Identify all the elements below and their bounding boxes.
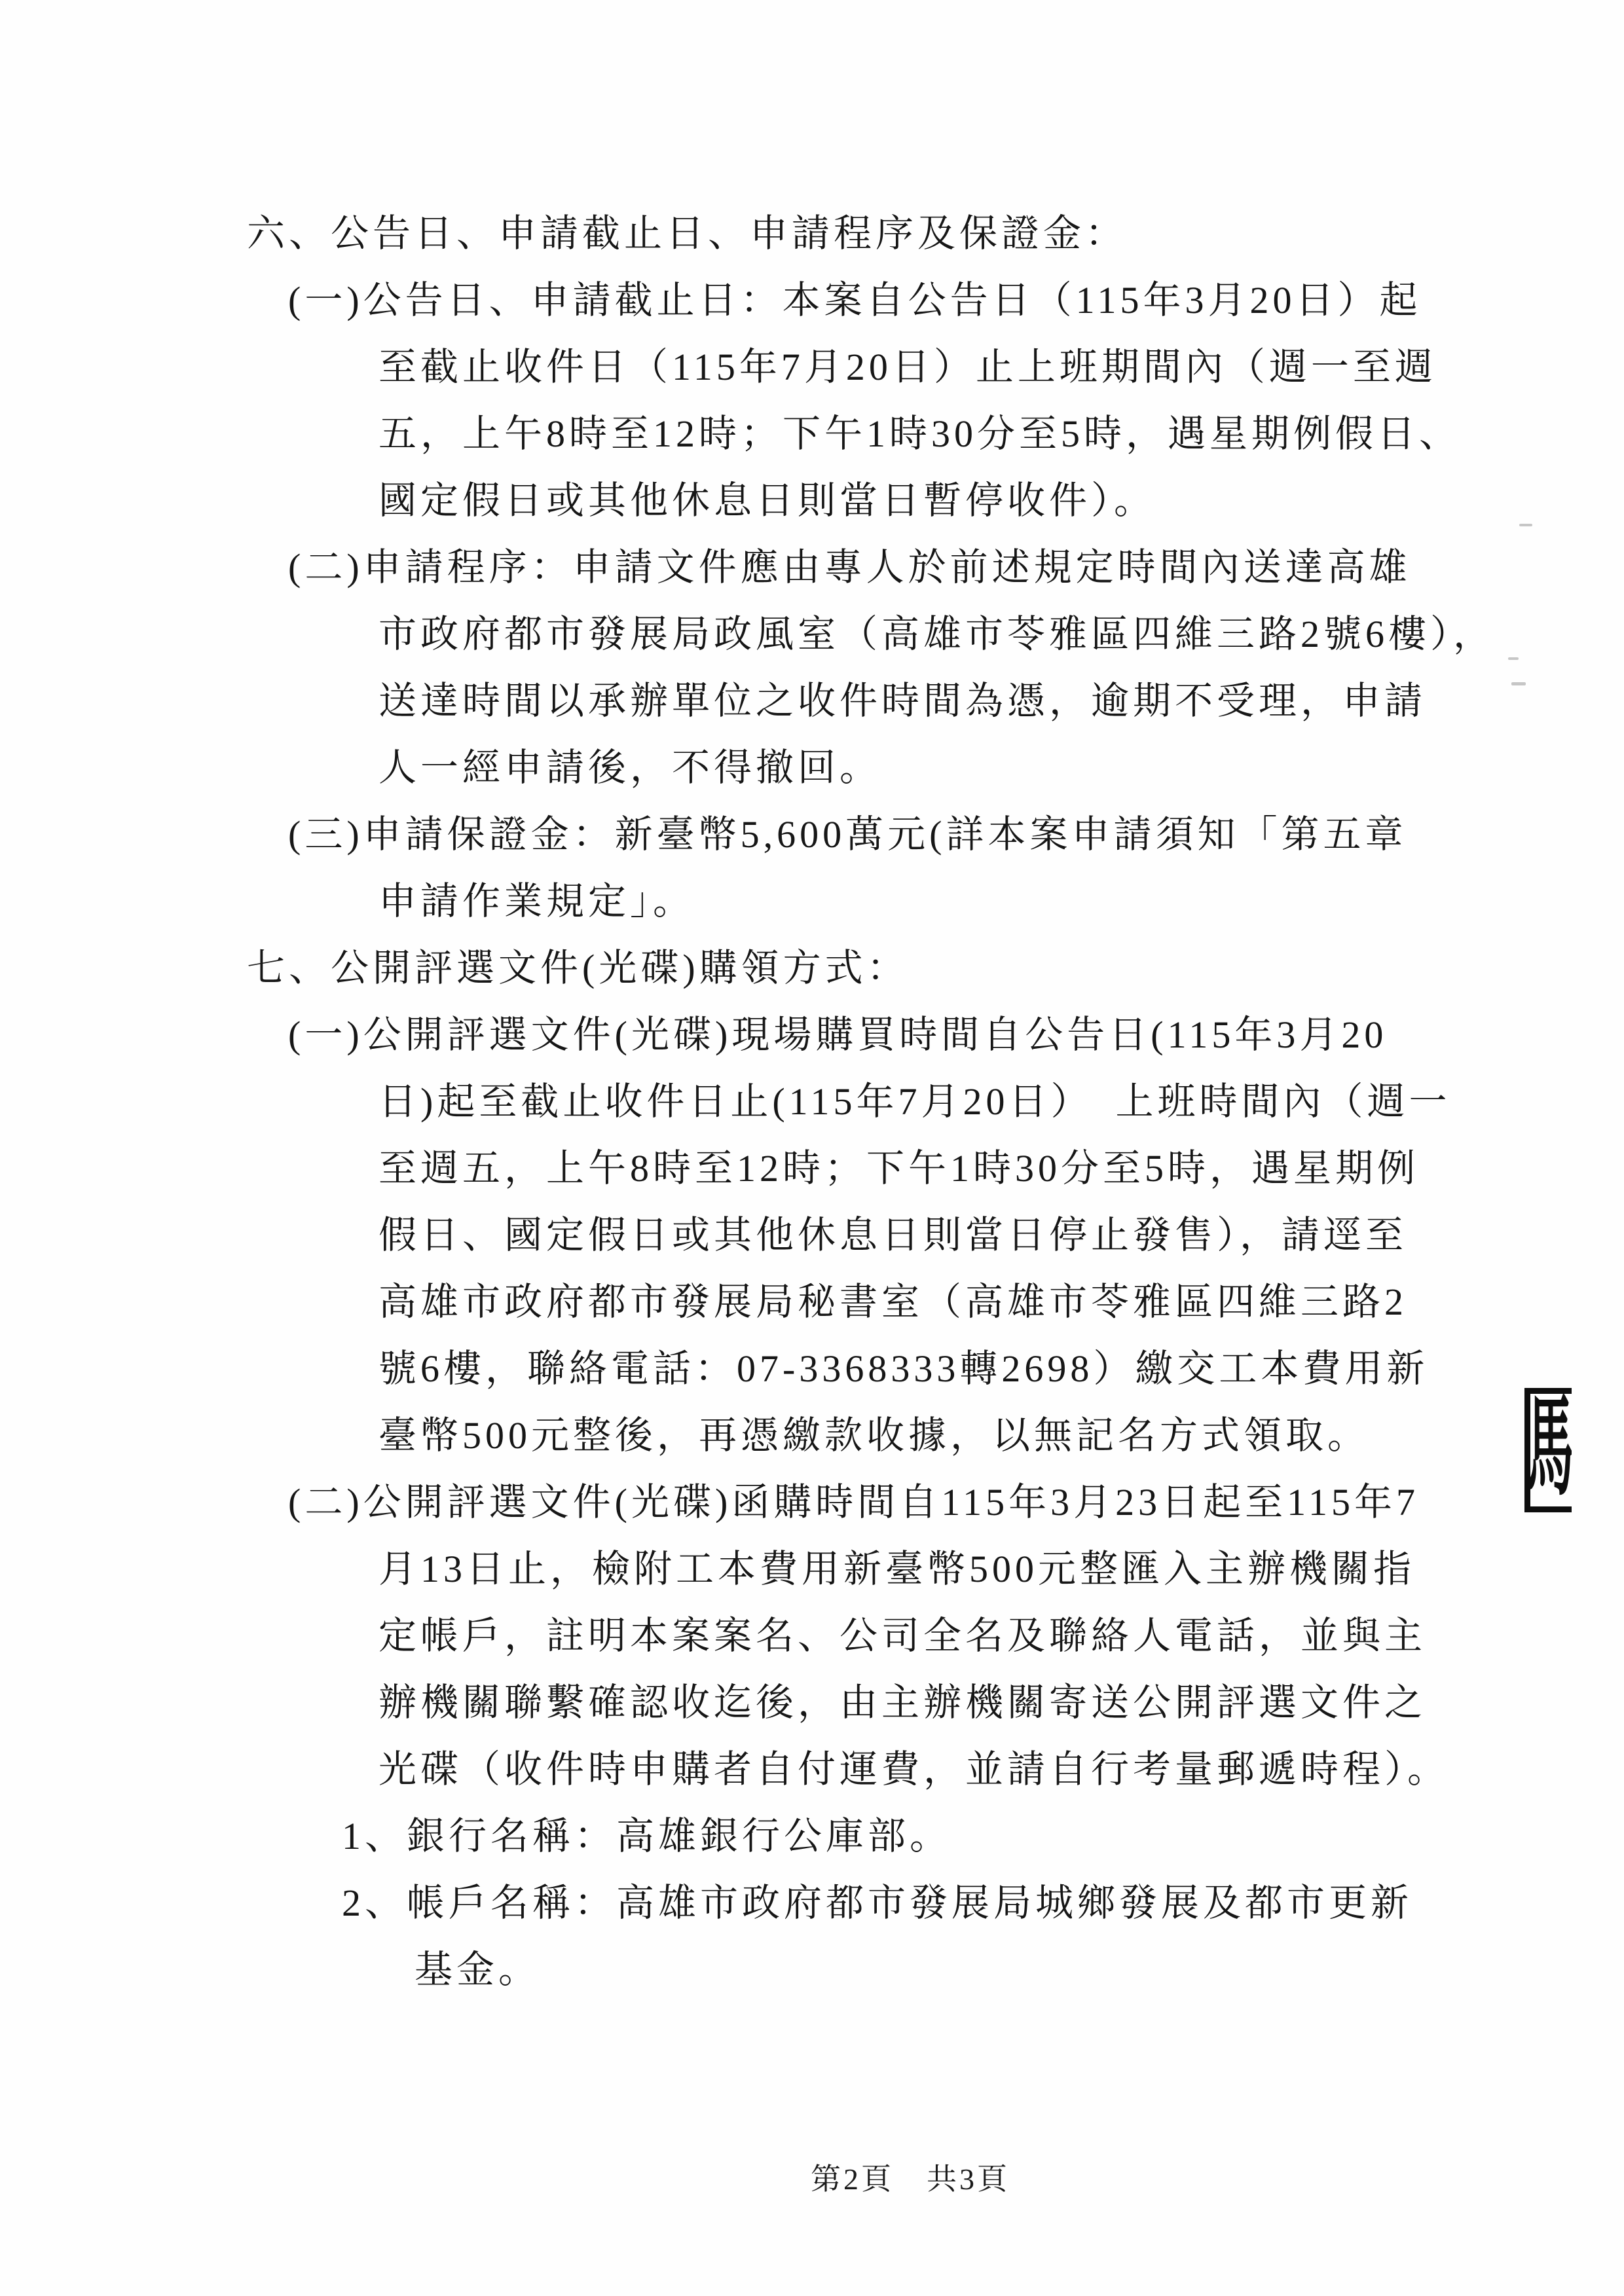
text-line: (二)申請程序：申請文件應由專人於前述規定時間內送達高雄 — [0, 534, 1624, 601]
text-line: 月13日止，檢附工本費用新臺幣500元整匯入主辦機關指 — [0, 1536, 1624, 1603]
text-line: 2、帳戶名稱：高雄市政府都市發展局城鄉發展及都市更新 — [0, 1870, 1624, 1937]
text-line: (一)公開評選文件(光碟)現場購買時間自公告日(115年3月20 — [0, 1002, 1624, 1068]
text-line: 號6樓，聯絡電話：07-3368333轉2698）繳交工本費用新 — [0, 1336, 1624, 1402]
text-line: 基金。 — [0, 1937, 1624, 2003]
text-line: 1、銀行名稱：高雄銀行公庫部。 — [0, 1803, 1624, 1870]
text-line: 至週五，上午8時至12時；下午1時30分至5時，遇星期例 — [0, 1135, 1624, 1202]
text-line: 七、公開評選文件(光碟)購領方式： — [0, 935, 1624, 1002]
text-line: 光碟（收件時申購者自付運費，並請自行考量郵遞時程）。 — [0, 1736, 1624, 1803]
text-line: 假日、國定假日或其他休息日則當日停止發售），請逕至 — [0, 1202, 1624, 1269]
text-line: 辦機關聯繫確認收迄後，由主辦機關寄送公開評選文件之 — [0, 1669, 1624, 1736]
scan-artifact-speck — [1519, 524, 1532, 526]
text-line: (二)公開評選文件(光碟)函購時間自115年3月23日起至115年7 — [0, 1469, 1624, 1536]
scanned-document-page: 六、公告日、申請截止日、申請程序及保證金： (一)公告日、申請截止日：本案自公告… — [0, 0, 1624, 2296]
seal-stamp: 馬 — [1524, 1388, 1572, 1512]
text-line: 高雄市政府都市發展局秘書室（高雄市苓雅區四維三路2 — [0, 1269, 1624, 1336]
document-body: 六、公告日、申請截止日、申請程序及保證金： (一)公告日、申請截止日：本案自公告… — [0, 200, 1624, 2003]
text-line: 六、公告日、申請截止日、申請程序及保證金： — [0, 200, 1624, 267]
text-line: 送達時間以承辦單位之收件時間為憑，逾期不受理，申請 — [0, 668, 1624, 735]
text-line: 五，上午8時至12時；下午1時30分至5時，遇星期例假日、 — [0, 401, 1624, 467]
text-line: 國定假日或其他休息日則當日暫停收件）。 — [0, 467, 1624, 534]
text-line: 日)起至截止收件日止(115年7月20日） 上班時間內（週一 — [0, 1068, 1624, 1135]
text-line: (三)申請保證金：新臺幣5,600萬元(詳本案申請須知「第五章 — [0, 801, 1624, 868]
text-line: 臺幣500元整後，再憑繳款收據，以無記名方式領取。 — [0, 1402, 1624, 1469]
text-line: 定帳戶，註明本案案名、公司全名及聯絡人電話，並與主 — [0, 1603, 1624, 1669]
text-line: 申請作業規定」。 — [0, 868, 1624, 935]
page-footer: 第2頁 共3頁 — [811, 2155, 1010, 2198]
text-line: (一)公告日、申請截止日：本案自公告日（115年3月20日）起 — [0, 267, 1624, 334]
scan-artifact-speck — [1508, 657, 1519, 660]
text-line: 至截止收件日（115年7月20日）止上班期間內（週一至週 — [0, 334, 1624, 401]
text-line: 人一經申請後，不得撤回。 — [0, 735, 1624, 801]
scan-artifact-speck — [1511, 682, 1526, 685]
seal-stamp-character: 馬 — [1526, 1393, 1546, 1504]
text-line: 市政府都市發展局政風室（高雄市苓雅區四維三路2號6樓）， — [0, 601, 1624, 668]
